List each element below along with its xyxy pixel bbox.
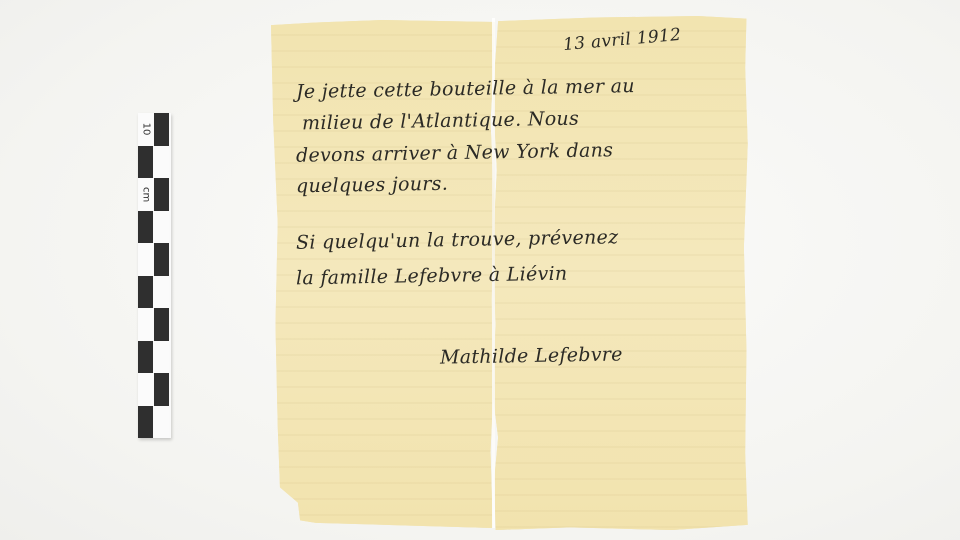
letter-line: quelques jours. [296, 173, 448, 198]
scale-cell [138, 308, 153, 341]
scale-cell [154, 308, 169, 341]
scale-cell [154, 341, 169, 374]
scale-cell [154, 373, 169, 406]
scale-cell [154, 211, 169, 244]
scale-cell [138, 276, 153, 309]
scale-cell [154, 146, 169, 179]
scale-cell [138, 146, 153, 179]
letter-signature: Mathilde Lefebvre [440, 343, 623, 368]
scale-cell: cm [138, 178, 153, 211]
scale-cell [154, 113, 169, 146]
scale-cell [138, 243, 153, 276]
scale-unit-label: cm [141, 187, 152, 201]
scale-cell [154, 178, 169, 211]
scale-number-label: 10 [141, 122, 152, 136]
scale-cell [154, 406, 169, 439]
scale-bar: 10 cm [138, 113, 171, 438]
scale-cell [138, 373, 153, 406]
scale-cell: 10 [138, 113, 153, 146]
scale-cell [138, 406, 153, 439]
scale-cell [154, 276, 169, 309]
scale-cell [138, 211, 153, 244]
scale-cell [138, 341, 153, 374]
scale-cell [154, 243, 169, 276]
